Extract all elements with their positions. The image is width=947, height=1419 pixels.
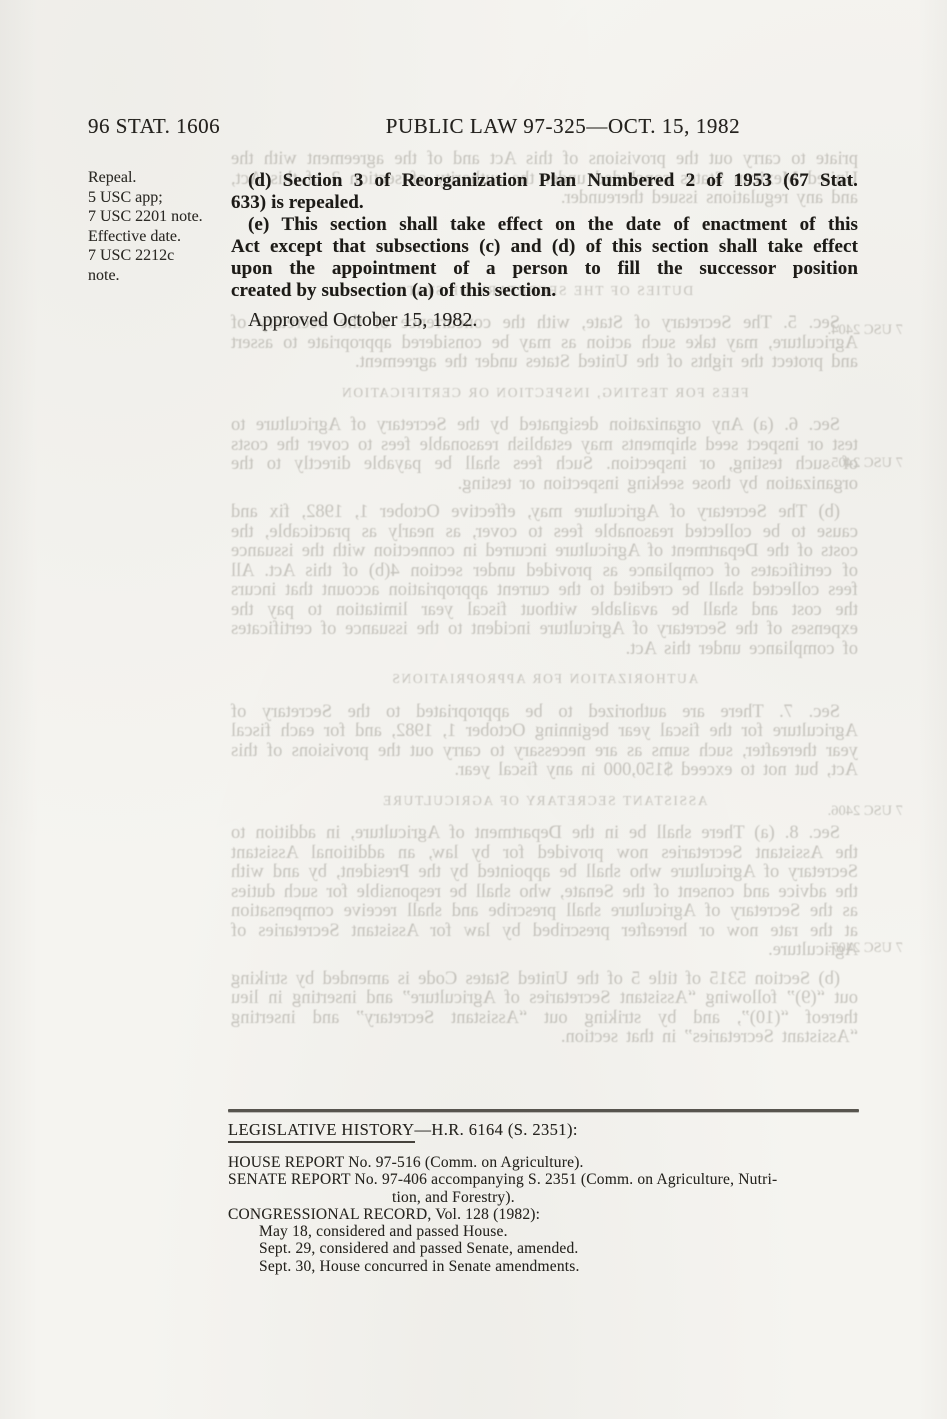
margin-note-line: note. <box>88 266 236 286</box>
margin-note-line: 5 USC app; <box>88 188 236 208</box>
history-entry-line: HOUSE REPORT No. 97-516 (Comm. on Agricu… <box>228 1154 859 1171</box>
subsection-e-paragraph: (e) This section shall take effect on th… <box>231 214 858 302</box>
statute-page: priate to carry out the provisions of th… <box>0 0 947 1419</box>
bleed-through-block: (b) The Secretary of Agriculture may, ef… <box>231 503 858 659</box>
margin-note-line: 7 USC 2201 note. <box>88 207 236 227</box>
body-text-line: (e) This section shall take effect on th… <box>231 214 858 236</box>
bleed-through-margin-note: 7 USC 2407. <box>803 940 903 956</box>
history-entry-line: Sept. 29, considered and passed Senate, … <box>228 1240 859 1257</box>
body-text-line: (d) Section 3 of Reorganization Plan Num… <box>231 170 858 192</box>
subsection-d-paragraph: (d) Section 3 of Reorganization Plan Num… <box>231 170 858 214</box>
margin-note-line: 7 USC 2212c <box>88 246 236 266</box>
bleed-through-margin-note: 7 USC 2406. <box>803 803 903 819</box>
margin-note-line: Repeal. <box>88 168 236 188</box>
public-law-title: PUBLIC LAW 97-325—OCT. 15, 1982 <box>253 114 873 139</box>
statute-body: (d) Section 3 of Reorganization Plan Num… <box>231 170 858 332</box>
margin-notes: Repeal. 5 USC app; 7 USC 2201 note. Effe… <box>88 168 236 286</box>
stat-page-number: 96 STAT. 1606 <box>88 114 220 139</box>
history-entry-line: Sept. 30, House concurred in Senate amen… <box>228 1258 859 1275</box>
body-text-line: Act except that subsections (c) and (d) … <box>231 236 858 258</box>
bleed-through-block: ASSISTANT SECRETARY OF AGRICULTURE <box>231 791 858 811</box>
bleed-through-block: FEES FOR TESTING, INSPECTION OR CERTIFIC… <box>231 383 858 403</box>
bleed-through-block: (b) Section 5315 of title 5 of the Unite… <box>231 970 858 1048</box>
history-entry-line: May 18, considered and passed House. <box>228 1223 859 1240</box>
legislative-history: LEGISLATIVE HISTORY—H.R. 6164 (S. 2351):… <box>228 1109 859 1275</box>
legislative-history-title: LEGISLATIVE HISTORY—H.R. 6164 (S. 2351): <box>228 1120 859 1140</box>
body-text-line: 633) is repealed. <box>231 192 858 214</box>
approval-date-line: Approved October 15, 1982. <box>231 309 858 332</box>
margin-note-line: Effective date. <box>88 227 236 247</box>
bleed-through-block: Sec. 6. (a) Any organization designated … <box>231 416 858 494</box>
bleed-through-block: Sec. 7. There are authorized to be appro… <box>231 703 858 781</box>
body-text-line: created by subsection (a) of this sectio… <box>231 280 858 302</box>
history-entry-line: CONGRESSIONAL RECORD, Vol. 128 (1982): <box>228 1206 859 1223</box>
bleed-through-block: AUTHORIZATION FOR APPROPRIATIONS <box>231 669 858 689</box>
bleed-through-block: Sec. 8. (a) There shall be in the Depart… <box>231 824 858 961</box>
body-text-line: upon the appointment of a person to fill… <box>231 258 858 280</box>
bill-number-label: —H.R. 6164 (S. 2351): <box>415 1120 578 1139</box>
divider-rule <box>228 1109 859 1112</box>
history-entry-line: tion, and Forestry). <box>228 1189 859 1206</box>
legislative-history-label: LEGISLATIVE HISTORY <box>228 1120 415 1143</box>
legislative-history-entries: HOUSE REPORT No. 97-516 (Comm. on Agricu… <box>228 1154 859 1275</box>
bleed-through-margin-note: 7 USC 2405. <box>803 455 903 471</box>
history-entry-line: SENATE REPORT No. 97-406 accompanying S.… <box>228 1171 859 1188</box>
